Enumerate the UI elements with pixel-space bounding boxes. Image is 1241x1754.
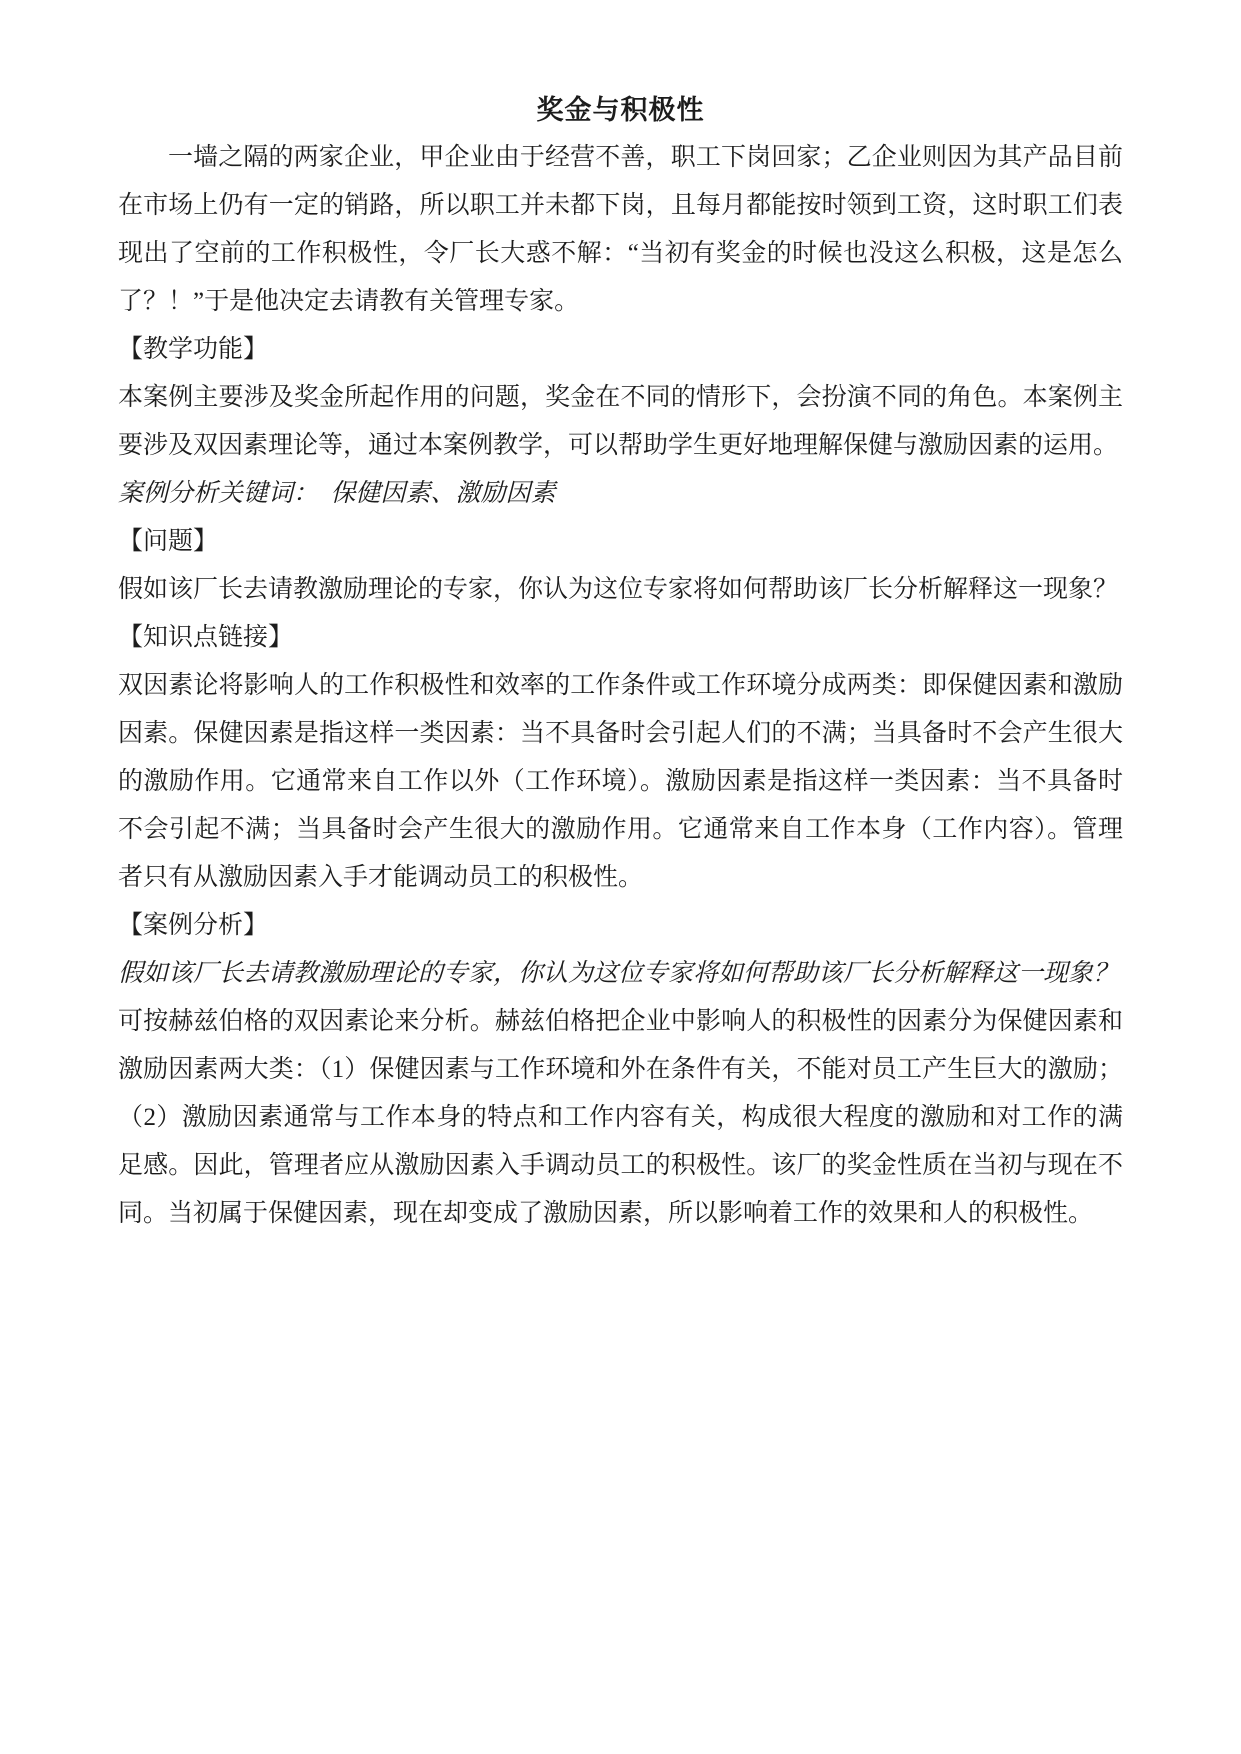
section-heading-question: 【问题】 xyxy=(118,518,1123,566)
section-body-case-analysis: 可按赫兹伯格的双因素论来分析。赫兹伯格把企业中影响人的积极性的因素分为保健因素和… xyxy=(118,998,1123,1238)
section-body-knowledge-link: 双因素论将影响人的工作积极性和效率的工作条件或工作环境分成两类：即保健因素和激励… xyxy=(118,662,1123,902)
case-keywords-line: 案例分析关键词： 保健因素、激励因素 xyxy=(118,470,1123,518)
section-heading-knowledge-link: 【知识点链接】 xyxy=(118,614,1123,662)
section-heading-teaching-function: 【教学功能】 xyxy=(118,326,1123,374)
document-page: 奖金与积极性 一墙之隔的两家企业，甲企业由于经营不善，职工下岗回家；乙企业则因为… xyxy=(0,0,1241,1754)
case-analysis-question-line: 假如该厂长去请教激励理论的专家，你认为这位专家将如何帮助该厂长分析解释这一现象？ xyxy=(118,950,1123,998)
section-body-question: 假如该厂长去请教激励理论的专家，你认为这位专家将如何帮助该厂长分析解释这一现象？ xyxy=(118,566,1123,614)
document-title: 奖金与积极性 xyxy=(118,86,1123,134)
intro-paragraph: 一墙之隔的两家企业，甲企业由于经营不善，职工下岗回家；乙企业则因为其产品目前在市… xyxy=(118,134,1123,326)
section-heading-case-analysis: 【案例分析】 xyxy=(118,902,1123,950)
section-body-teaching-function: 本案例主要涉及奖金所起作用的问题，奖金在不同的情形下，会扮演不同的角色。本案例主… xyxy=(118,374,1123,470)
